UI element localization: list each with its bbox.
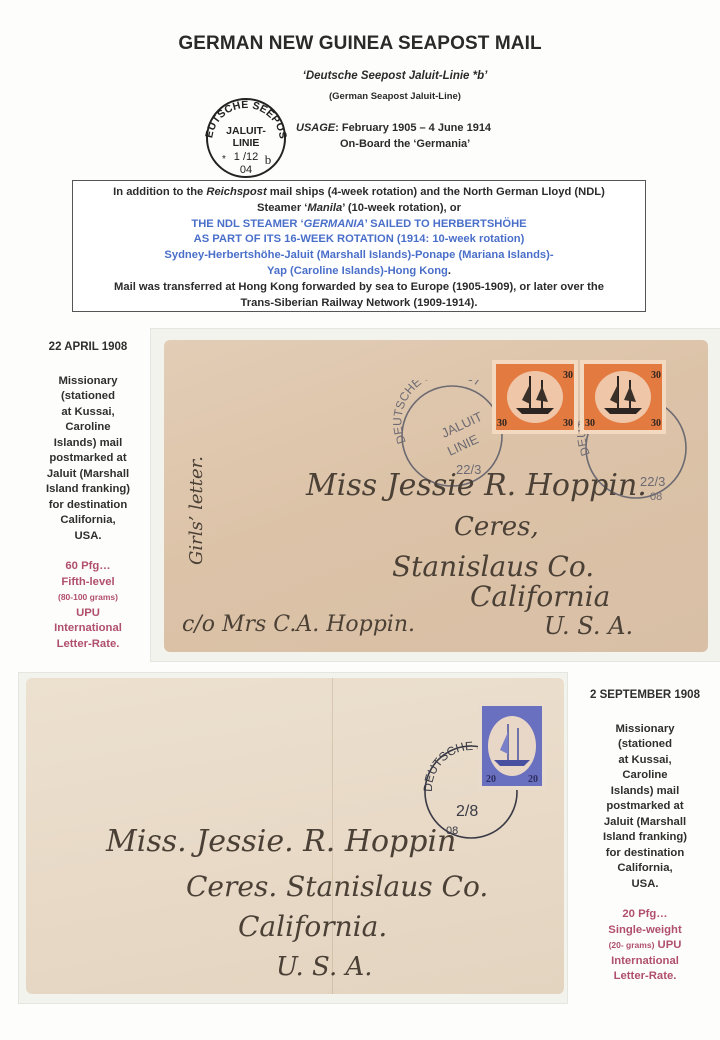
info-route-text: Yap (Caroline Islands)-Hong Kong bbox=[267, 265, 448, 277]
svg-text:JALUIT: JALUIT bbox=[439, 409, 485, 441]
description-line: Jaluit (Marshall bbox=[574, 815, 716, 831]
stamp-30-pfennig: 30 30 30 bbox=[492, 360, 578, 438]
rate-line: UPU bbox=[654, 939, 681, 951]
svg-text:08: 08 bbox=[650, 491, 662, 502]
info-route-text: THE NDL STEAMER ‘ bbox=[191, 218, 303, 230]
postmark-letter: b bbox=[265, 152, 272, 167]
page-title: GERMAN NEW GUINEA SEAPOST MAIL bbox=[0, 33, 720, 55]
rate-line: Letter-Rate. bbox=[22, 637, 154, 653]
stamp-20-pfennig: 20 20 bbox=[478, 702, 546, 794]
description-line: Missionary bbox=[22, 374, 154, 390]
postmark-line1: JALUIT- bbox=[226, 125, 266, 137]
subtitle-translation: (German Seapost Jaluit-Line) bbox=[270, 91, 520, 102]
postmark-line2: LINIE bbox=[233, 137, 260, 149]
info-text: mail ships (4-week rotation) and the Nor… bbox=[267, 186, 605, 198]
usage-info: USAGE: February 1905 – 4 June 1914 On-Bo… bbox=[296, 120, 491, 152]
info-text: In addition to the bbox=[113, 186, 206, 198]
info-text: ’ (10-week rotation), or bbox=[342, 202, 461, 214]
address-line: Ceres, bbox=[454, 512, 539, 542]
item-1-caption: 22 APRIL 1908 Missionary (stationed at K… bbox=[22, 340, 154, 652]
rate-weight: (20- grams) bbox=[609, 940, 655, 950]
svg-text:20: 20 bbox=[486, 774, 496, 785]
address-line: California. bbox=[238, 910, 387, 943]
postmark-illustration: DEUTSCHE SEEPOST JALUIT- LINIE 1 /12 * b… bbox=[200, 94, 292, 180]
item-1-envelope: DEUTSCHE SEEPOST JALUIT LINIE 22/3 DEUTS… bbox=[164, 340, 708, 652]
description-line: California, bbox=[574, 861, 716, 877]
rate-weight: (80-100 grams) bbox=[22, 590, 154, 606]
info-text: Reichspost bbox=[206, 186, 266, 198]
info-text: . bbox=[448, 265, 451, 277]
svg-text:30: 30 bbox=[563, 370, 573, 381]
svg-text:20: 20 bbox=[528, 774, 538, 785]
postmark-star: * bbox=[222, 154, 226, 165]
description-line: for destination bbox=[574, 846, 716, 862]
address-line: Miss Jessie R. Hoppin. bbox=[306, 468, 647, 503]
usage-dates: : February 1905 – 4 June 1914 bbox=[335, 122, 491, 134]
description-line: (stationed bbox=[574, 737, 716, 753]
address-line: California bbox=[470, 580, 610, 613]
info-box: In addition to the Reichspost mail ships… bbox=[72, 180, 646, 312]
description-line: at Kussai, bbox=[22, 405, 154, 421]
postmark-year: 04 bbox=[240, 164, 252, 176]
address-line: Ceres. Stanislaus Co. bbox=[186, 870, 488, 903]
info-text: Steamer ‘ bbox=[257, 202, 307, 214]
info-route-text: ’ SAILED TO HERBERTSHÖHE bbox=[365, 218, 527, 230]
info-route-text: GERMANIA bbox=[304, 218, 365, 230]
rate-info: 60 Pfg… Fifth-level (80-100 grams) UPU I… bbox=[22, 559, 154, 652]
description-line: California, bbox=[22, 513, 154, 529]
description-line: postmarked at bbox=[574, 799, 716, 815]
item-date: 2 SEPTEMBER 1908 bbox=[574, 688, 716, 704]
rate-line: Single-weight bbox=[574, 923, 716, 939]
description-line: postmarked at bbox=[22, 451, 154, 467]
description-line: USA. bbox=[574, 877, 716, 893]
svg-text:30: 30 bbox=[651, 418, 661, 429]
side-note: Girls’ letter. bbox=[186, 456, 207, 565]
rate-line: UPU bbox=[22, 606, 154, 622]
description-line: Island franking) bbox=[574, 830, 716, 846]
care-of-note: c/o Mrs C.A. Hoppin. bbox=[182, 612, 415, 637]
rate-line: International bbox=[574, 954, 716, 970]
postmark-date: 1 /12 bbox=[234, 151, 258, 163]
rate-line: 60 Pfg… bbox=[22, 559, 154, 575]
description-line: Missionary bbox=[574, 722, 716, 738]
info-text: Trans-Siberian Railway Network (1909-191… bbox=[73, 296, 645, 312]
svg-text:30: 30 bbox=[651, 370, 661, 381]
description-line: Caroline bbox=[22, 420, 154, 436]
description-line: (stationed bbox=[22, 389, 154, 405]
svg-text:30: 30 bbox=[497, 418, 507, 429]
svg-text:30: 30 bbox=[563, 418, 573, 429]
description-line: Islands) mail bbox=[574, 784, 716, 800]
info-route-text: AS PART OF ITS 16-WEEK ROTATION (1914: 1… bbox=[73, 232, 645, 248]
description-line: for destination bbox=[22, 498, 154, 514]
rate-line: 20 Pfg… bbox=[574, 907, 716, 923]
usage-ship: On-Board the ‘Germania’ bbox=[296, 136, 491, 152]
svg-text:30: 30 bbox=[585, 418, 595, 429]
rate-info: 20 Pfg… Single-weight (20- grams) UPU In… bbox=[574, 907, 716, 985]
description-line: at Kussai, bbox=[574, 753, 716, 769]
address-line: Stanislaus Co. bbox=[392, 550, 594, 583]
rate-line: Letter-Rate. bbox=[574, 969, 716, 985]
description-line: USA. bbox=[22, 529, 154, 545]
info-text: Mail was transferred at Hong Kong forwar… bbox=[73, 280, 645, 296]
rate-line: Fifth-level bbox=[22, 575, 154, 591]
address-line: U. S. A. bbox=[544, 612, 633, 640]
address-line: U. S. A. bbox=[276, 952, 373, 982]
address-line: Miss. Jessie. R. Hoppin bbox=[106, 824, 456, 859]
page-subtitle: ‘Deutsche Seepost Jaluit-Linie *b’ bbox=[270, 70, 520, 82]
description-line: Jaluit (Marshall bbox=[22, 467, 154, 483]
svg-text:2/8: 2/8 bbox=[456, 803, 478, 820]
description-line: Islands) mail bbox=[22, 436, 154, 452]
info-text: Manila bbox=[307, 202, 342, 214]
stamp-30-pfennig: 30 30 30 bbox=[580, 360, 666, 438]
item-date: 22 APRIL 1908 bbox=[22, 340, 154, 356]
rate-line: International bbox=[22, 621, 154, 637]
description-line: Caroline bbox=[574, 768, 716, 784]
description-line: Island franking) bbox=[22, 482, 154, 498]
usage-label: USAGE bbox=[296, 122, 335, 134]
item-2-envelope: DEUTSCHE SEEPOST 2/8 08 20 20 Miss. Jess… bbox=[26, 678, 564, 994]
info-route-text: Sydney-Herbertshöhe-Jaluit (Marshall Isl… bbox=[73, 248, 645, 264]
item-2-caption: 2 SEPTEMBER 1908 Missionary (stationed a… bbox=[574, 688, 716, 985]
